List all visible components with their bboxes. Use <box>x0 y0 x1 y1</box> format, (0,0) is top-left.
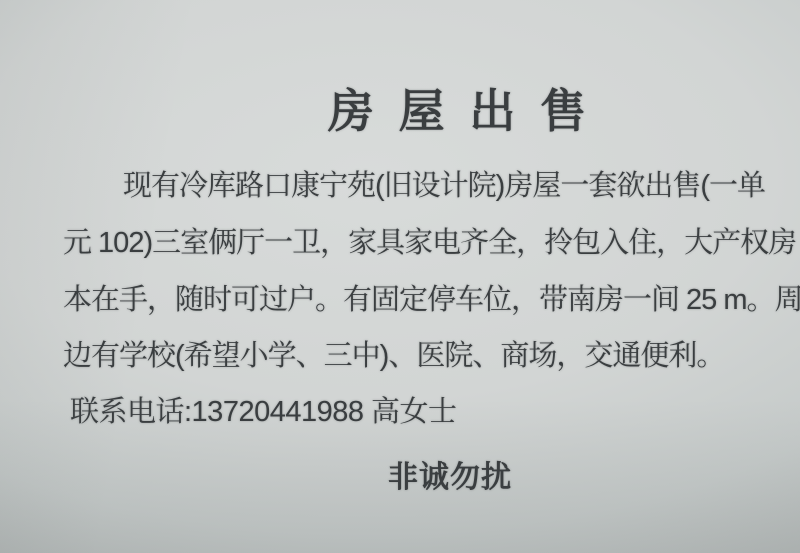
contact-phone-line: 联系电话:13720441988 高女士 <box>70 394 457 430</box>
footer-no-jokers: 非诚勿扰 <box>50 452 800 496</box>
body-line: 元 102)三室俩厅一卫，家具家电齐全，拎包入住，大产权房 <box>63 225 796 261</box>
body-line: 边有学校(希望小学、三中)、医院、商场，交通便利。 <box>63 338 724 374</box>
paper-notice-photo: 房 屋 出 售 现有冷库路口康宁苑(旧设计院)房屋一套欲出售(一单 元 102)… <box>0 0 800 553</box>
body-line: 本在手，随时可过户。有固定停车位，带南房一间 25 m。周 <box>63 282 800 318</box>
body-line: 现有冷库路口康宁苑(旧设计院)房屋一套欲出售(一单 <box>63 168 765 204</box>
house-sale-notice: 房 屋 出 售 现有冷库路口康宁苑(旧设计院)房屋一套欲出售(一单 元 102)… <box>0 0 800 553</box>
notice-title: 房 屋 出 售 <box>140 86 780 137</box>
